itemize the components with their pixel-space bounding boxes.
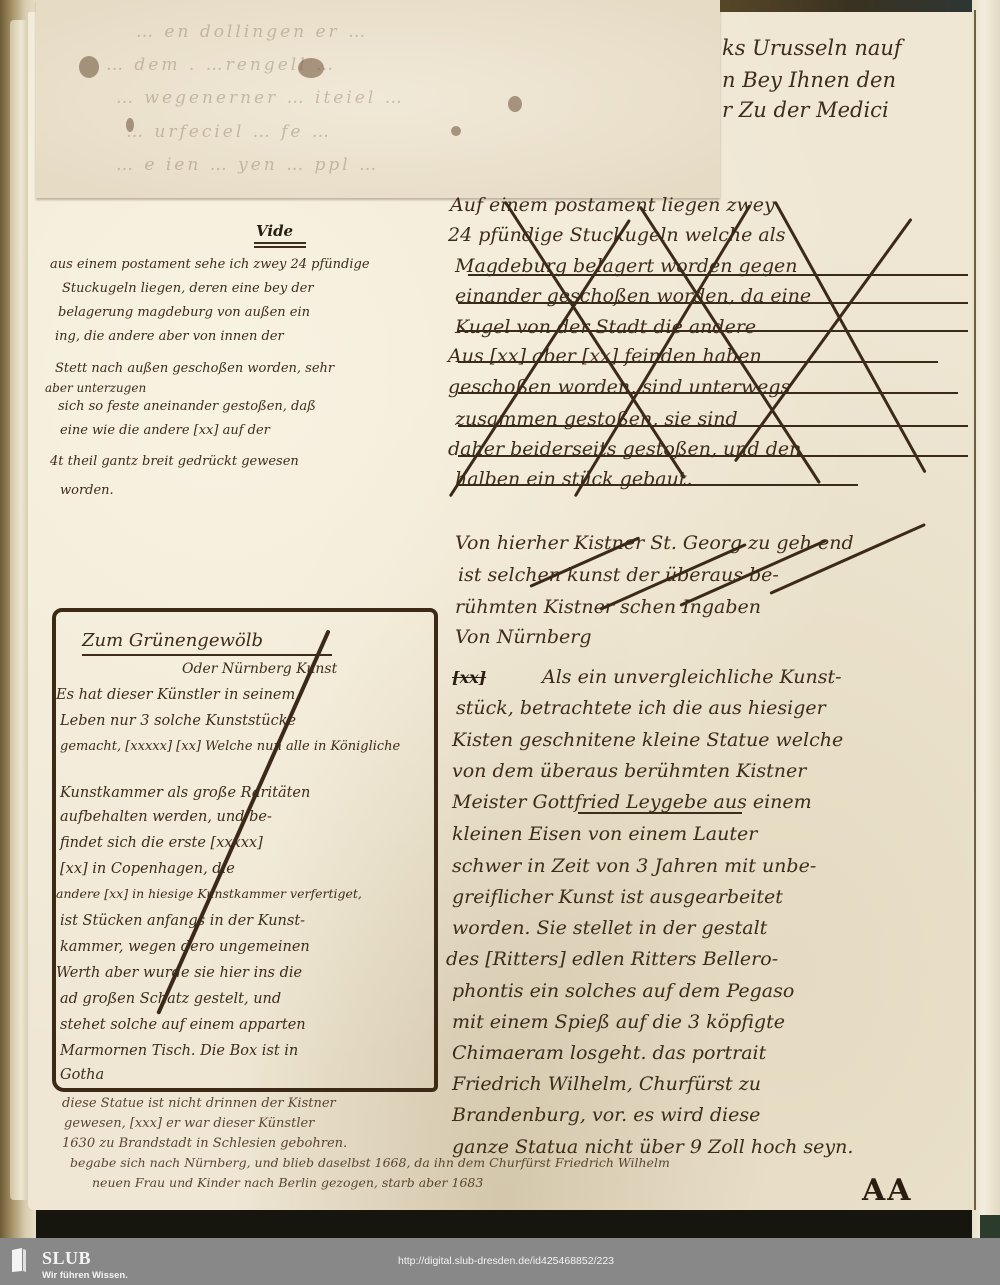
book-icon (10, 1247, 28, 1273)
main-line: worden. Sie stellet in der gestalt (452, 919, 767, 938)
main-line: Chimaeram losgeht. das portrait (452, 1044, 766, 1063)
fragment-line: ks Urusseln nauf (722, 38, 902, 59)
boxed-line: gemacht, [xxxxx] [xx] Welche nun alle in… (60, 740, 400, 753)
strike-through (458, 484, 858, 486)
main-line: Meister Gottfried Leygebe aus einem (452, 793, 812, 812)
crossed-line: Auf einem postament liegen zwey (450, 196, 775, 215)
main-line: Friedrich Wilhelm, Churfürst zu (452, 1075, 761, 1094)
next-page-edge (972, 0, 1000, 1238)
boxed-line: ad großen Schatz gestelt, und (60, 992, 281, 1007)
note-line: Stuckugeln liegen, deren eine bey der (62, 282, 314, 295)
main-line: schwer in Zeit von 3 Jahren mit unbe- (452, 857, 816, 876)
boxed-line: Marmornen Tisch. Die Box ist in (60, 1044, 298, 1059)
ink-stain (451, 126, 461, 136)
main-line: Brandenburg, vor. es wird diese (452, 1106, 760, 1125)
note-line: eine wie die andere [xx] auf der (60, 424, 270, 437)
boxed-line: [xx] in Copenhagen, die (60, 862, 235, 877)
ink-stain (79, 56, 99, 78)
note-line: ing, die andere aber von innen der (55, 330, 284, 343)
boxed-line: Es hat dieser Künstler in seinem (56, 688, 295, 703)
note-line: worden. (60, 484, 114, 497)
main-line: mit einem Spieß auf die 3 köpfigte (452, 1013, 785, 1032)
bottom-note-line: gewesen, [xxx] er war dieser Künstler (64, 1117, 314, 1130)
note-line: sich so feste aneinander gestoßen, daß (58, 400, 316, 413)
faded-line: … en dollingen er … (136, 22, 368, 42)
strike-through (458, 330, 968, 332)
crossed-line: Kugel von der Stadt die andere (455, 318, 756, 337)
bottom-note-line: diese Statue ist nicht drinnen der Kistn… (62, 1097, 336, 1110)
main-line: von dem überaus berühmten Kistner (452, 762, 806, 781)
crossed-marker: [xx] (452, 670, 486, 686)
bottom-note-line: begabe sich nach Nürnberg, und blieb das… (70, 1157, 670, 1170)
strike-through (458, 425, 968, 427)
signature-mark: AA (862, 1173, 913, 1208)
brand-tagline: Wir führen Wissen. (42, 1270, 128, 1281)
heading-underline (82, 654, 332, 656)
boxed-line: ist Stücken anfangs in der Kunst- (60, 914, 305, 929)
note-line: aber unterzugen (45, 382, 146, 394)
faded-line: … urfeciel … fe … (126, 122, 332, 142)
boxed-line: Kunstkammer als große Raritäten (60, 786, 310, 801)
strike-through (458, 302, 968, 304)
main-line: greiflicher Kunst ist ausgearbeitet (452, 888, 783, 907)
boxed-note-heading: Zum Grünengewölb (82, 632, 263, 650)
fragment-line: n Bey Ihnen den (722, 70, 896, 91)
main-line: Als ein unvergleichliche Kunst- (542, 668, 842, 687)
note-line: 4t theil gantz breit gedrückt gewesen (50, 455, 299, 468)
boxed-line: Gotha (60, 1068, 104, 1083)
striked-line: Von Nürnberg (455, 628, 592, 647)
crossed-line: halben ein stück gebaut. (455, 470, 693, 489)
bottom-note-line: neuen Frau und Kinder nach Berlin gezoge… (92, 1177, 483, 1190)
pasted-paper-slip: … en dollingen er … … dem . …rengell … …… (36, 0, 720, 198)
faded-line: … e ien … yen … ppl … (116, 155, 379, 175)
main-line: des [Ritters] edlen Ritters Bellero- (446, 950, 778, 969)
ink-stain (508, 96, 522, 112)
permalink-url[interactable]: http://digital.slub-dresden.de/id4254688… (398, 1255, 614, 1267)
main-line: stück, betrachtete ich die aus hiesiger (456, 699, 826, 718)
heading-underline (254, 242, 306, 244)
striked-line: Von hierher Kistner St. Georg zu geh end (455, 534, 854, 553)
main-line: phontis ein solches auf dem Pegaso (452, 982, 794, 1001)
note-line: belagerung magdeburg von außen ein (58, 306, 310, 319)
strike-through (468, 274, 968, 276)
name-underline (578, 812, 742, 814)
boxed-line: Leben nur 3 solche Kunststücke (60, 714, 296, 729)
bottom-note-line: 1630 zu Brandstadt in Schlesien gebohren… (62, 1137, 347, 1150)
fragment-line: r Zu der Medici (722, 100, 889, 121)
viewer-footer: SLUB Wir führen Wissen. http://digital.s… (0, 1238, 1000, 1285)
faded-line: … wegenerner … iteiel … (116, 88, 405, 108)
boxed-line: stehet solche auf einem apparten (60, 1018, 306, 1033)
note-line: Stett nach außen geschoßen worden, sehr (55, 362, 334, 375)
ink-stain (126, 118, 134, 132)
brand-name: SLUB (42, 1248, 91, 1269)
note-heading: Vide (256, 224, 293, 239)
strike-through (458, 455, 968, 457)
heading-underline (254, 246, 306, 248)
note-line: aus einem postament sehe ich zwey 24 pfü… (50, 258, 370, 271)
ink-stain (298, 58, 324, 78)
main-line: kleinen Eisen von einem Lauter (452, 825, 757, 844)
document-viewer: … en dollingen er … … dem . …rengell … …… (0, 0, 1000, 1238)
main-line: Kisten geschnitene kleine Statue welche (452, 731, 843, 750)
